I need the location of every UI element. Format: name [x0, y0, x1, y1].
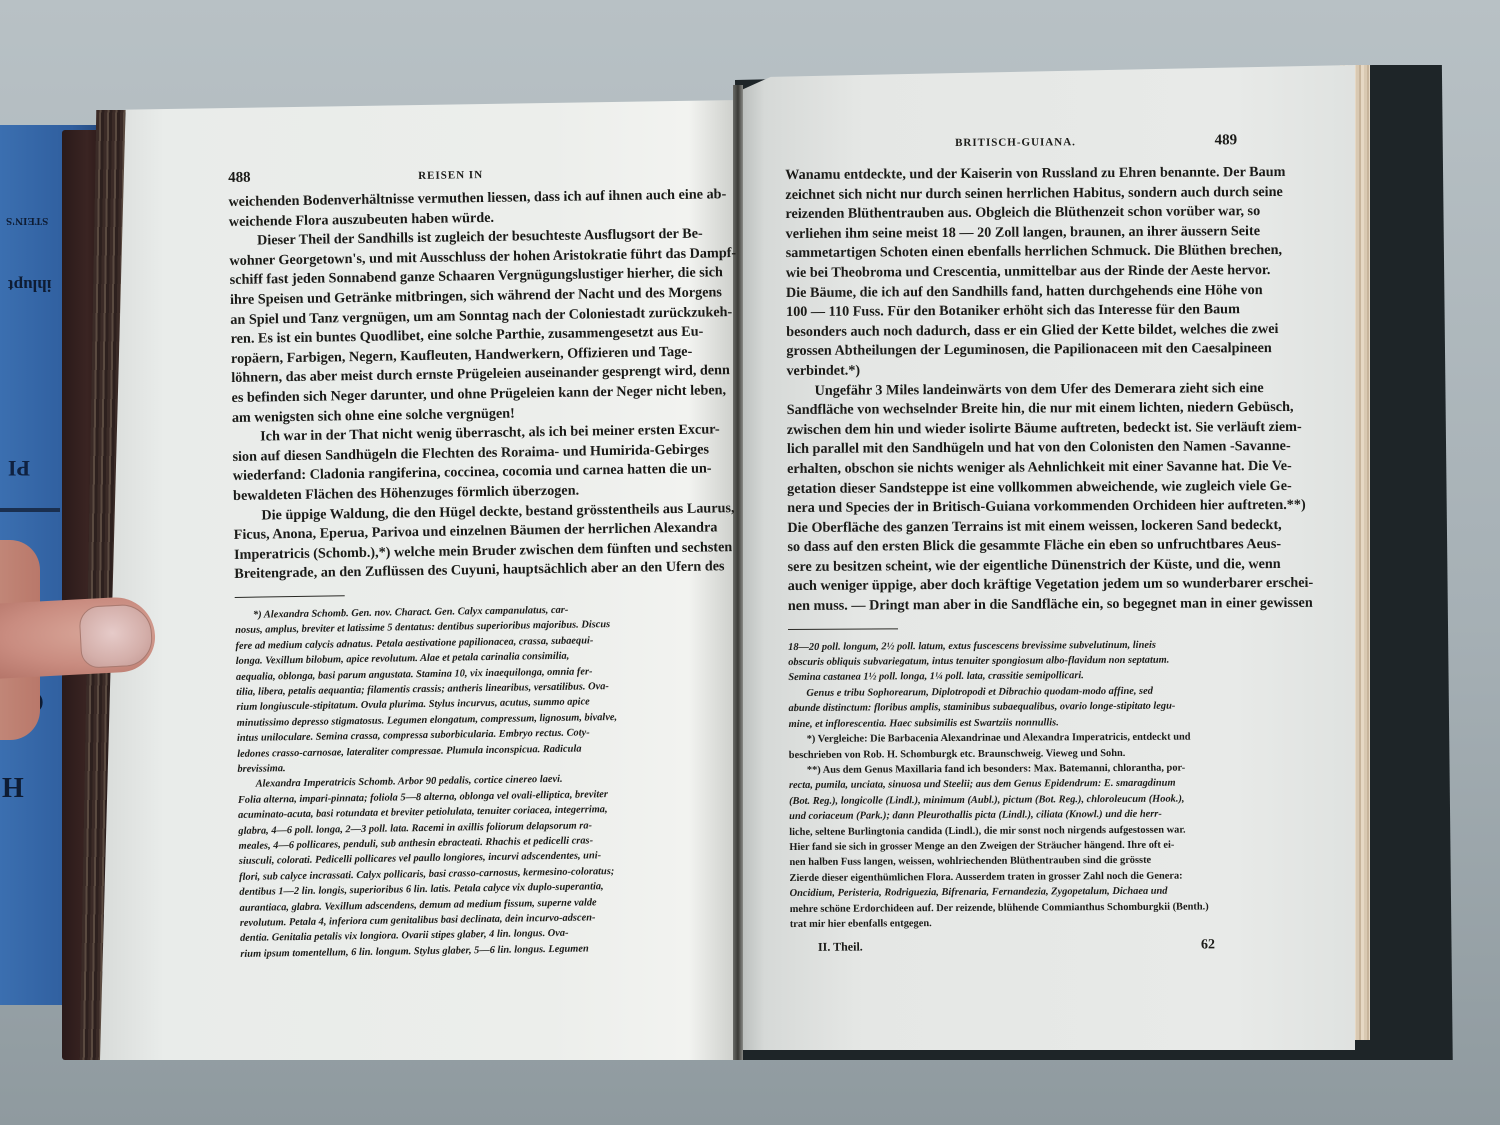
text-line: nera und Species der in Britisch-Guiana …: [787, 496, 1247, 518]
blue-book-spine-text: H: [2, 770, 24, 802]
footnote-line: liche, seltene Burlingtonia candida (Lin…: [789, 822, 1249, 840]
running-head-title: BRITISCH-GUIANA.: [955, 136, 1076, 149]
text-line: nen muss. — Dringt man aber in die Sandf…: [788, 594, 1248, 616]
text-line: wie bei Theobroma und Crescentia, unmitt…: [786, 261, 1246, 283]
text-line: lich parallel mit den Sandhügeln und hat…: [787, 437, 1247, 459]
blue-book-divider: [0, 508, 60, 512]
signature-mark: 62: [1201, 938, 1215, 954]
footnote-rule: [235, 595, 345, 598]
left-body-text: weichenden Bodenverhältnisse vermuthen l…: [228, 186, 689, 585]
footnote-line: (Bot. Reg.), longicolle (Lindl.), minimu…: [789, 791, 1249, 809]
thumbnail: [78, 603, 153, 669]
page-number-right: 489: [1214, 132, 1237, 149]
book-gutter: [733, 85, 743, 1060]
page-footer: II. Theil. 62: [790, 938, 1250, 957]
text-line: Wanamu entdeckte, und der Kaiserin von R…: [785, 163, 1245, 185]
text-line: 100 — 110 Fuss. Für den Botaniker erhöht…: [786, 300, 1246, 322]
right-footnotes: 18—20 poll. longum, 2½ poll. latum, extu…: [788, 637, 1250, 933]
right-running-head: BRITISCH-GUIANA. 489: [785, 132, 1245, 152]
footnote-rule: [788, 628, 898, 630]
blue-book-spine-text: ihlupt: [8, 275, 51, 295]
text-line: reizenden Blüthentrauben aus. Obgleich d…: [785, 202, 1245, 224]
page-number-left: 488: [228, 170, 251, 187]
text-line: so dass auf den ersten Blick die gesammt…: [787, 535, 1247, 557]
left-page-content: 488 REISEN IN weichenden Bodenverhältnis…: [228, 163, 695, 962]
text-line: erhalten, obschon sie nichts weniger als…: [787, 457, 1247, 479]
right-page-content: BRITISCH-GUIANA. 489 Wanamu entdeckte, u…: [785, 132, 1250, 956]
volume-label: II. Theil.: [818, 940, 863, 956]
footnote-line: Zierde dieser eigenthümlichen Flora. Aus…: [789, 868, 1249, 886]
text-line: Sandfläche von wechselnder Breite hin, d…: [787, 398, 1247, 420]
text-line: grossen Abtheilungen der Leguminosen, di…: [786, 340, 1246, 362]
footnote-line: **) Aus dem Genus Maxillaria fand ich be…: [789, 760, 1249, 778]
footnote-line: trat mir hier ebenfalls entgegen.: [790, 914, 1250, 932]
left-footnotes: *) Alexandra Schomb. Gen. nov. Charact. …: [235, 601, 696, 962]
footnote-line: *) Vergleiche: Die Barbacenia Alexandrin…: [789, 729, 1249, 747]
blue-book-spine-text: PI: [8, 455, 30, 481]
running-head-title: REISEN IN: [418, 169, 483, 182]
footnote-line: mehre schöne Erdorchideen auf. Der reize…: [790, 899, 1250, 917]
blue-book-spine-text: STEIN'S: [6, 215, 48, 227]
right-body-text: Wanamu entdeckte, und der Kaiserin von R…: [785, 163, 1248, 616]
